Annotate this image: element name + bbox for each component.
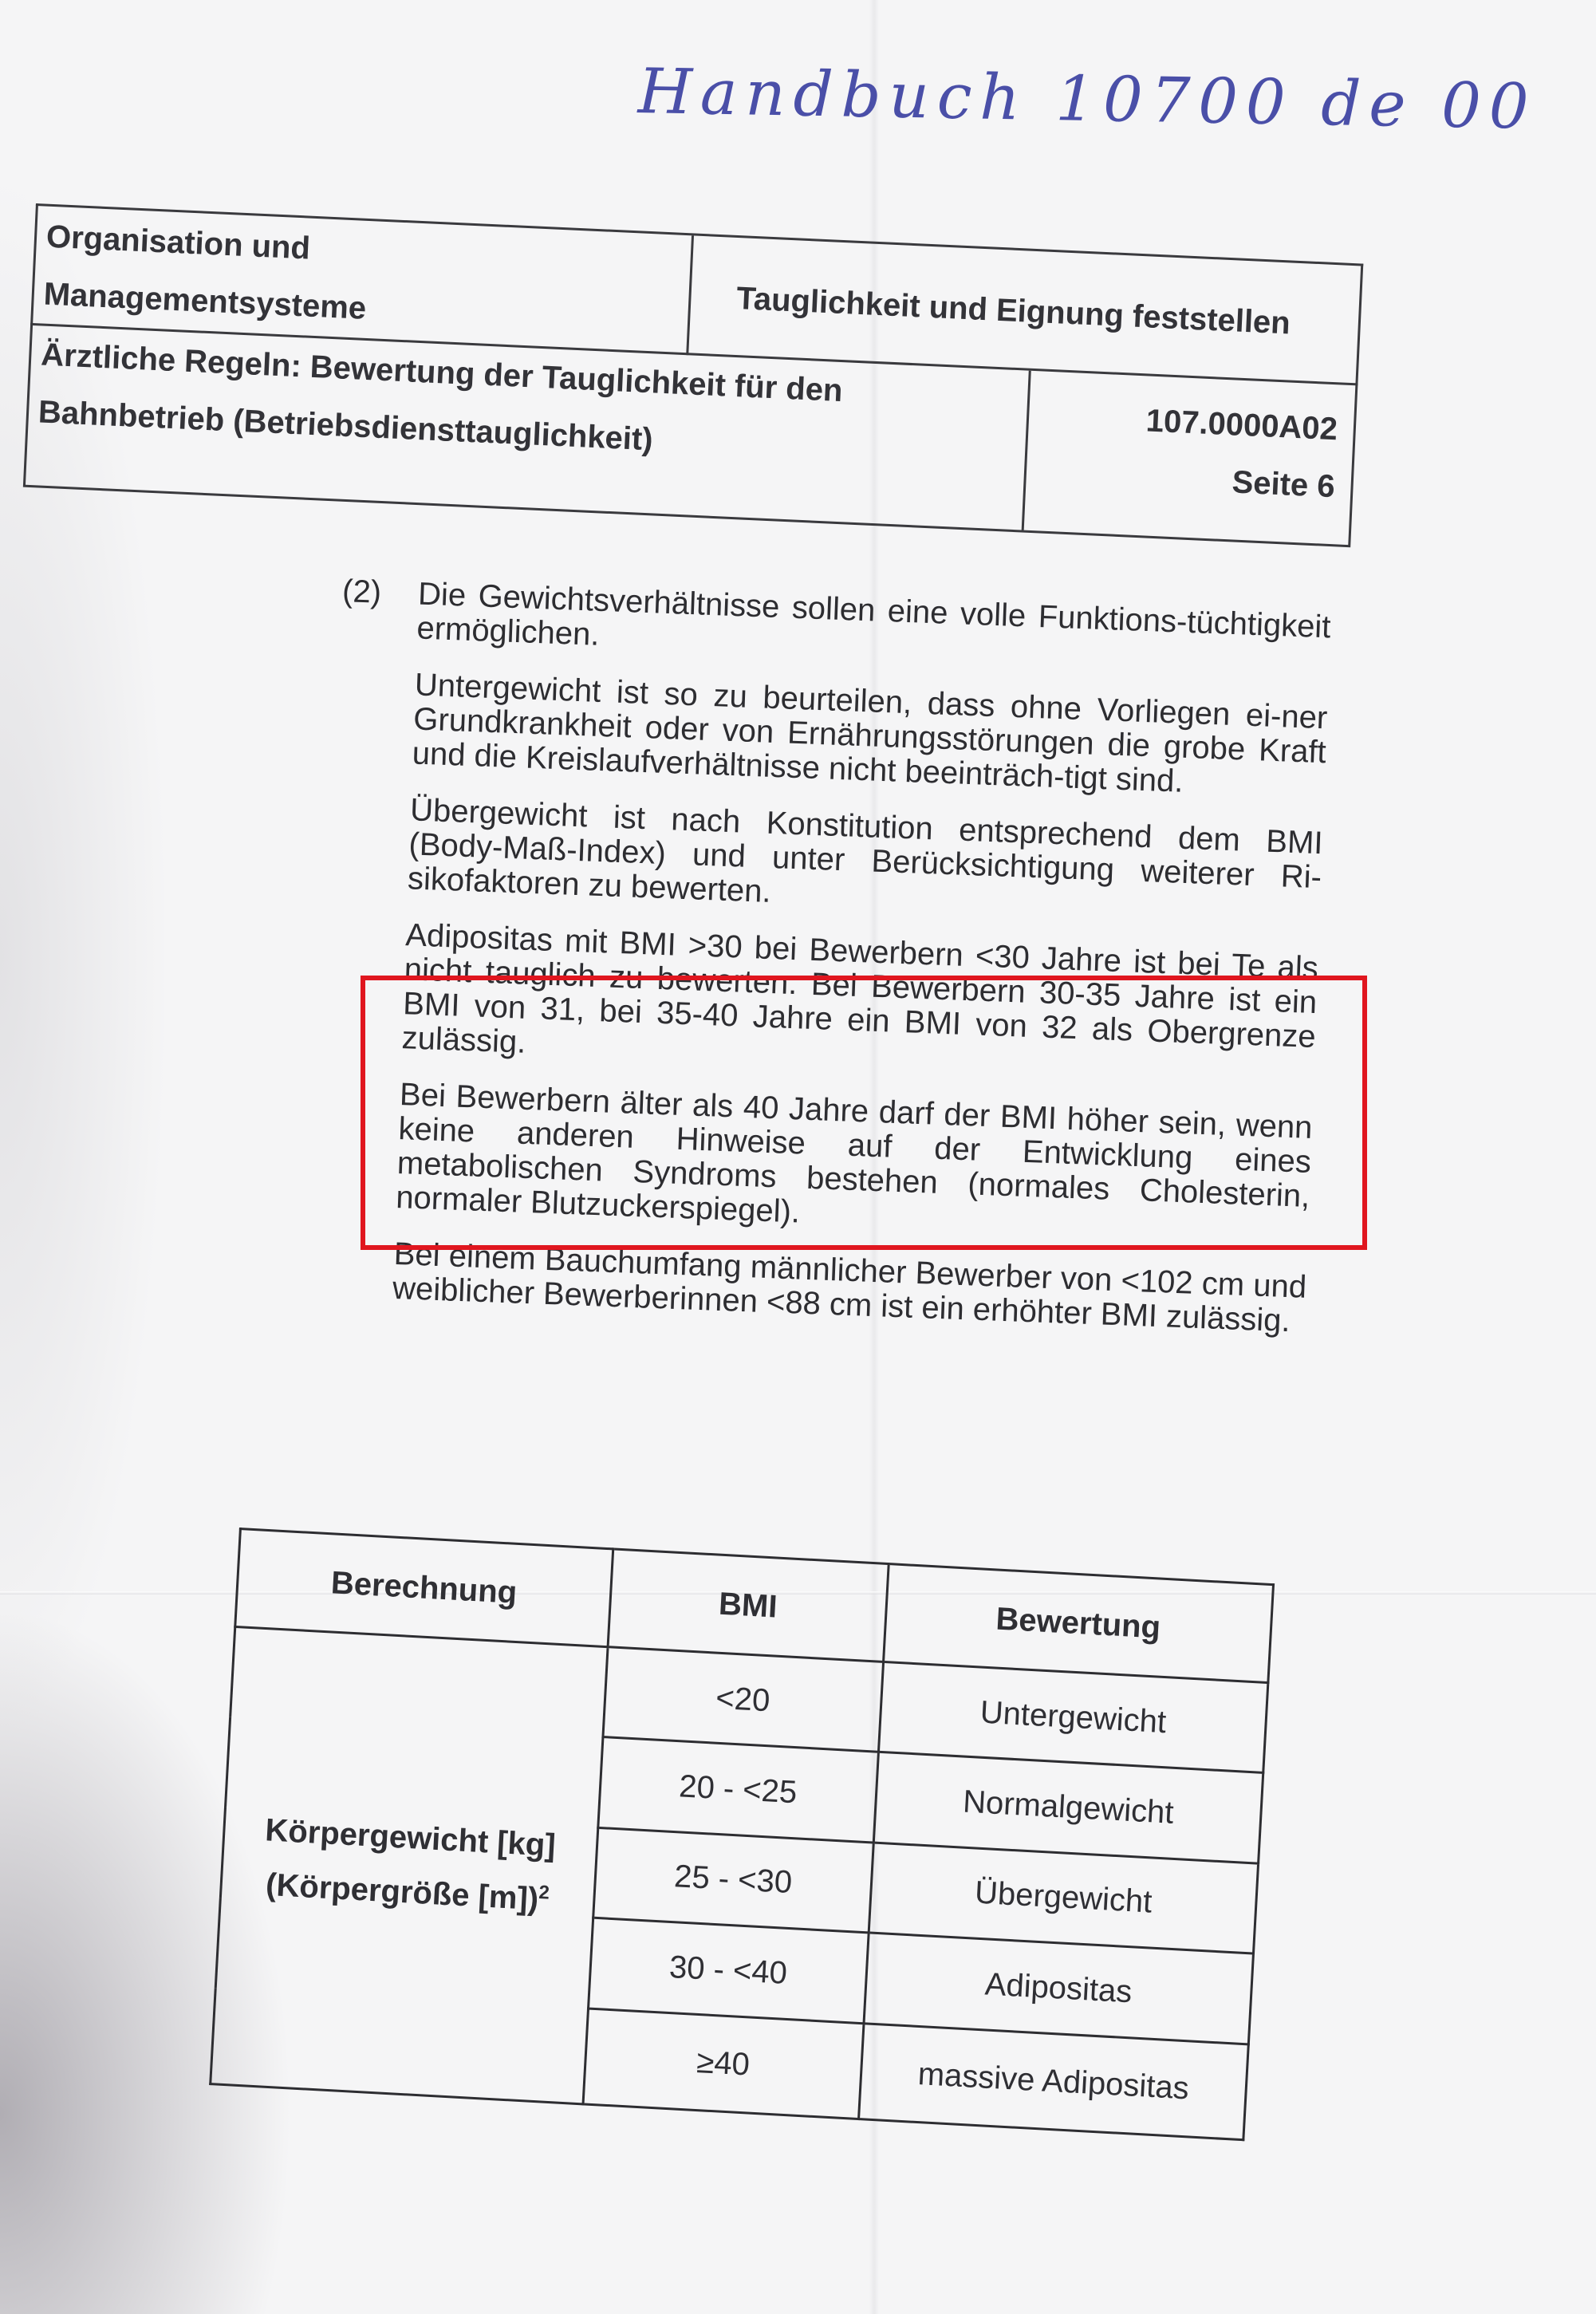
department-label: Organisation und Managementsysteme (42, 208, 370, 337)
page-number: Seite 6 (1142, 449, 1336, 515)
document-number: 107.0000A02 (1145, 392, 1338, 458)
bmi-range: ≥40 (583, 2008, 864, 2119)
bmi-range: 20 - <25 (597, 1737, 878, 1843)
red-highlight-box (361, 976, 1367, 1250)
header-divider (686, 235, 694, 355)
bmi-range: 30 - <40 (588, 1918, 869, 2023)
paragraph-3: Übergewicht ist nach Konstitution entspr… (407, 793, 1323, 929)
header-bmi: BMI (608, 1549, 889, 1662)
paragraph-6: Bei einem Bauchumfang männlicher Bewerbe… (392, 1237, 1306, 1339)
header-divider (1022, 371, 1031, 530)
bmi-classification-table: Berechnung BMI Bewertung Körpergewicht [… (209, 1528, 1275, 2141)
bmi-formula: Körpergewicht [kg] (Körpergröße [m])2 (211, 1626, 608, 2103)
document-header: Organisation und Managementsysteme Taugl… (23, 203, 1359, 550)
formula-exponent: 2 (538, 1882, 550, 1904)
paragraph-2: Untergewicht ist so zu beurteilen, dass … (412, 668, 1328, 804)
bmi-range: 25 - <30 (593, 1827, 873, 1933)
bmi-rating: massive Adipositas (858, 2023, 1248, 2139)
document-meta: 107.0000A02 Seite 6 (1142, 392, 1339, 515)
section-number: (2) (341, 574, 381, 610)
topic-label: Tauglichkeit und Eignung feststellen (735, 270, 1291, 352)
bmi-table: Berechnung BMI Bewertung Körpergewicht [… (209, 1528, 1275, 2141)
formula-denominator: (Körpergröße [m]) (265, 1867, 539, 1917)
bmi-range: <20 (603, 1647, 884, 1752)
